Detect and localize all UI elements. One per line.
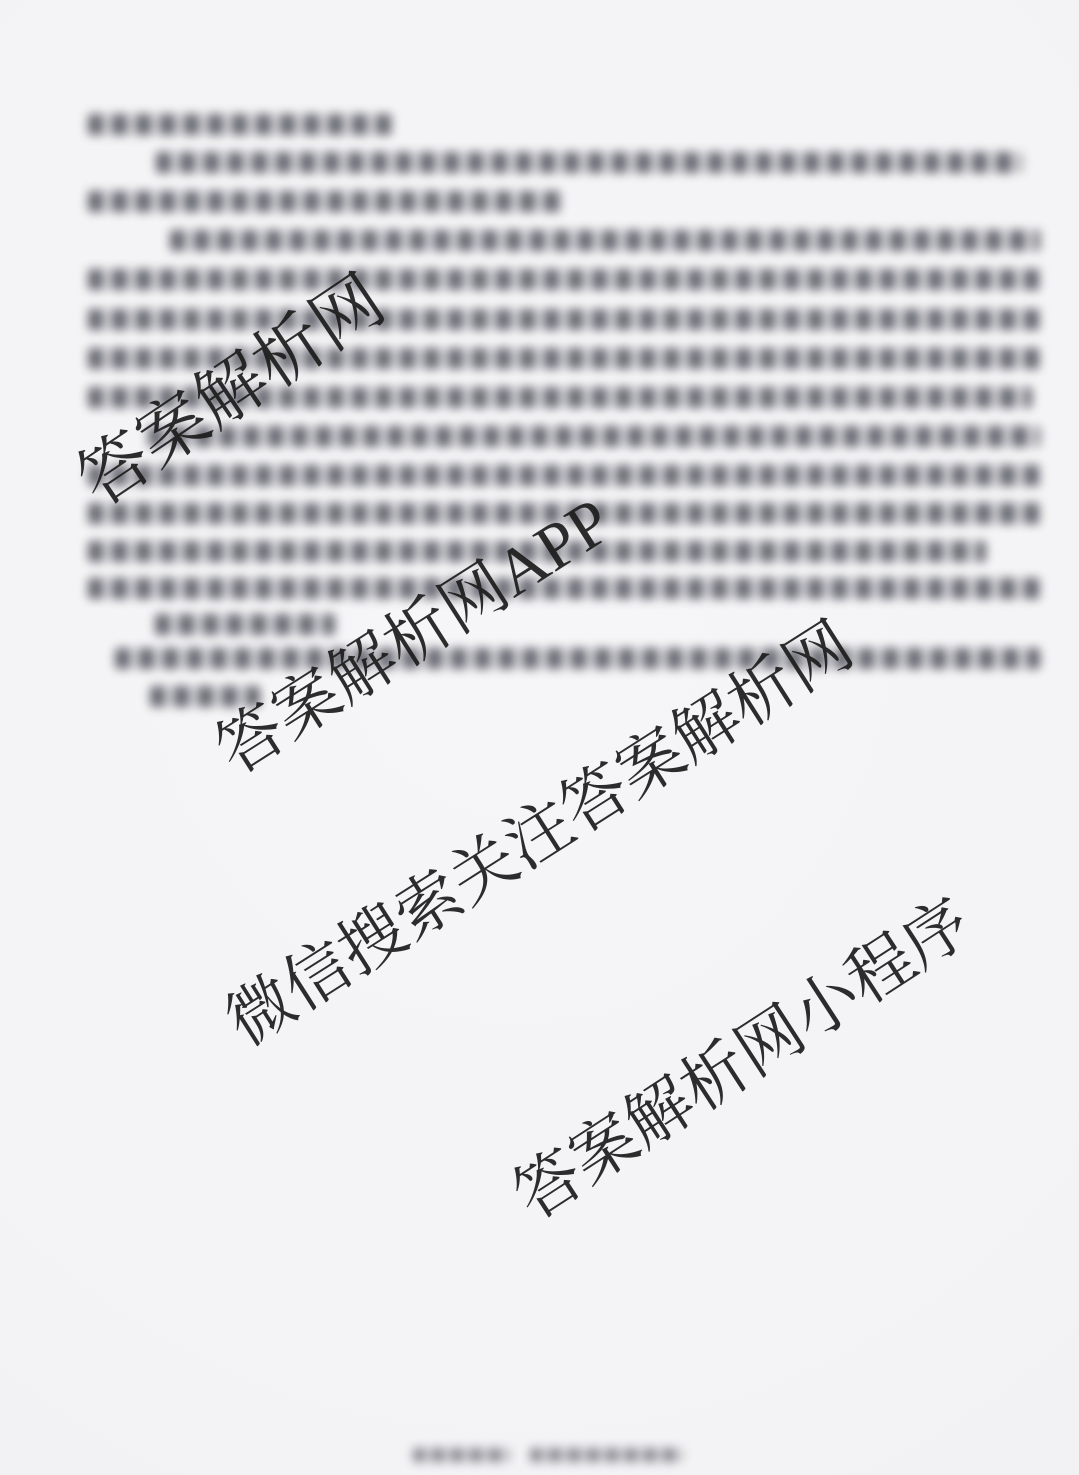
blurred-footer-segment: [413, 1448, 510, 1462]
blurred-text-line: [88, 114, 392, 135]
blurred-text-line: [148, 426, 1040, 447]
blurred-text-line: [155, 614, 335, 635]
blurred-text-line: [115, 648, 1040, 669]
blurred-text-line: [88, 269, 1040, 290]
blurred-text-line: [88, 309, 1040, 330]
watermark-answer-analysis-app: 答案解析网APP: [192, 478, 635, 796]
scanned-document-page: 答案解析网 答案解析网APP 微信搜索关注答案解析网 答案解析网小程序: [0, 0, 1079, 1475]
blurred-text-line: [170, 230, 1040, 251]
blurred-footer-segment: [530, 1448, 683, 1462]
blurred-text-line: [88, 191, 562, 212]
watermark-mini-program: 答案解析网小程序: [502, 886, 984, 1233]
blurred-text-line: [156, 152, 1022, 173]
blurred-text-line: [88, 465, 1040, 486]
